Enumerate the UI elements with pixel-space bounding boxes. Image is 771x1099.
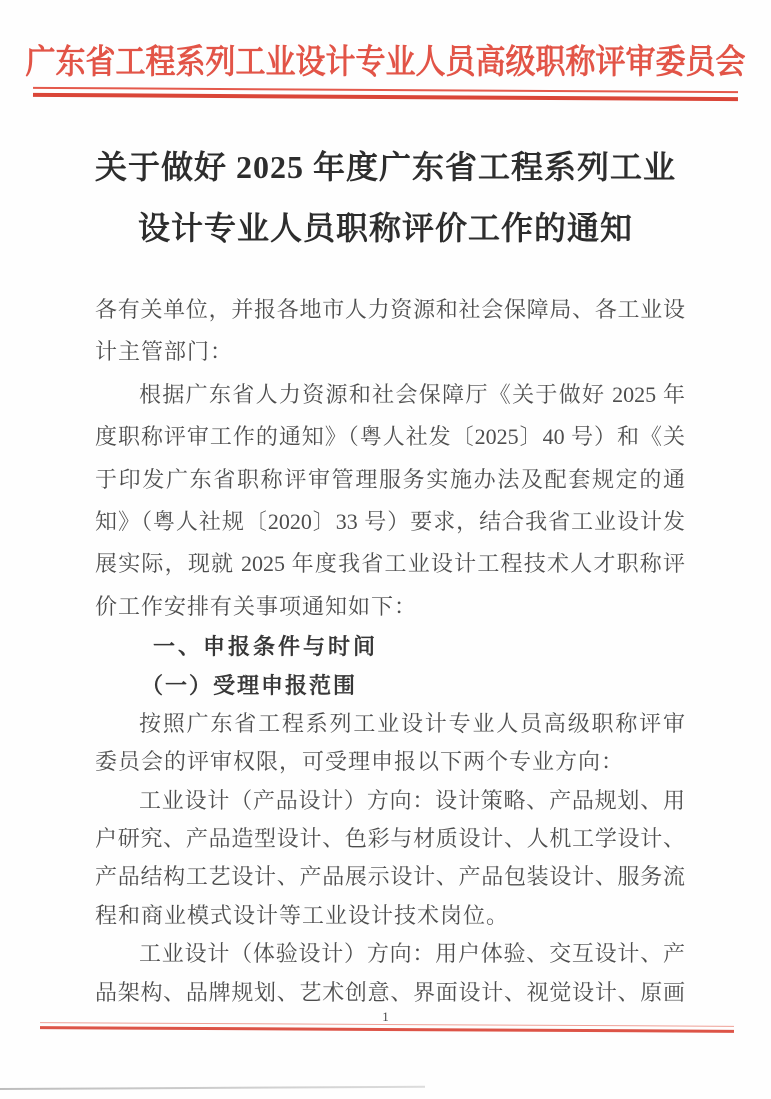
section-heading-2: （一）受理申报范围 [95,667,685,705]
body-line: 品架构、品牌规划、艺术创意、界面设计、视觉设计、原画 [95,974,685,1012]
body-line: 度职称评审工作的通知》（粤人社发〔2025〕40 号）和《关 [95,416,685,458]
body-line: 按照广东省工程系列工业设计专业人员高级职称评审 [95,705,685,743]
body-line: 计主管部门： [95,331,685,373]
body-line: 展实际，现就 2025 年度我省工业设计工程技术人才职称评 [95,543,685,585]
document-body: 各有关单位，并报各地市人力资源和社会保障局、各工业设计主管部门：根据广东省人力资… [95,289,685,1012]
letterhead-divider [33,87,738,101]
body-line: 根据广东省人力资源和社会保障厅《关于做好 2025 年 [95,374,685,416]
body-line: 工业设计（体验设计）方向：用户体验、交互设计、产 [95,935,685,973]
body-line: 工业设计（产品设计）方向：设计策略、产品规划、用 [95,782,685,820]
document-page: 广东省工程系列工业设计专业人员高级职称评审委员会 关于做好 2025 年度广东省… [0,0,771,1099]
body-line: 户研究、产品造型设计、色彩与材质设计、人机工学设计、 [95,820,685,858]
body-line: 各有关单位，并报各地市人力资源和社会保障局、各工业设 [95,289,685,331]
body-line: 价工作安排有关事项通知如下： [95,586,685,628]
body-line: 知》（粤人社规〔2020〕33 号）要求，结合我省工业设计发 [95,501,685,543]
body-line: 程和商业模式设计等工业设计技术岗位。 [95,897,685,935]
letterhead-org-name: 广东省工程系列工业设计专业人员高级职称评审委员会 [0,34,771,83]
document-title-line-1: 关于做好 2025 年度广东省工程系列工业 [95,149,676,185]
body-line: 委员会的评审权限，可受理申报以下两个专业方向： [95,743,685,781]
scan-edge-artifact [0,1086,425,1090]
document-title: 关于做好 2025 年度广东省工程系列工业 设计专业人员职称评价工作的通知 [0,137,771,259]
body-line: 产品结构工艺设计、产品展示设计、产品包装设计、服务流 [95,858,685,896]
body-line: 于印发广东省职称评审管理服务实施办法及配套规定的通 [95,459,685,501]
section-heading-1: 一、申报条件与时间 [95,628,685,666]
document-title-line-2: 设计专业人员职称评价工作的通知 [138,210,633,246]
